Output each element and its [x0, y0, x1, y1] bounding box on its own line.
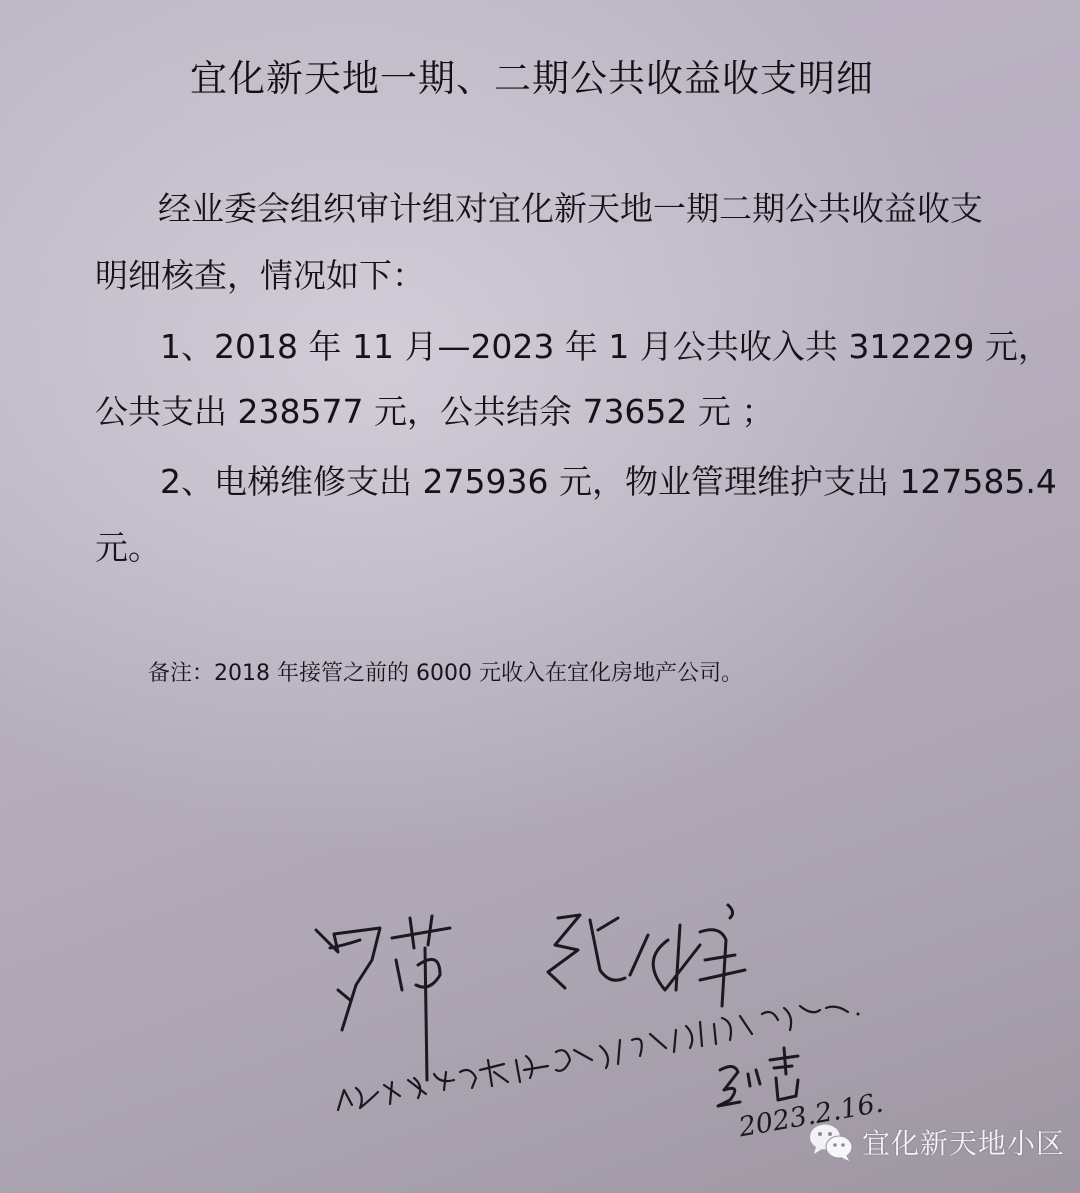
item-2-line-2: 元。	[95, 522, 995, 569]
document-title: 宜化新天地一期、二期公共收益收支明细	[190, 48, 874, 102]
intro-line-1: 经业委会组织审计组对宜化新天地一期二期公共收益收支	[158, 183, 1058, 230]
document-page: 宜化新天地一期、二期公共收益收支明细 经业委会组织审计组对宜化新天地一期二期公共…	[0, 0, 1080, 1193]
remark-signature	[718, 1048, 798, 1106]
intro-line-2: 明细核查，情况如下：	[95, 250, 995, 297]
wechat-icon	[808, 1122, 854, 1162]
document-note: 备注：2018 年接管之前的 6000 元收入在宜化房地产公司。	[148, 656, 743, 687]
item-2-line-1: 2、电梯维修支出 275936 元，物业管理维护支出 127585.4	[160, 456, 1060, 503]
item-1-line-2: 公共支出 238577 元，公共结余 73652 元 ；	[95, 386, 995, 433]
item-1-line-1: 1、2018 年 11 月—2023 年 1 月公共收入共 312229 元，	[160, 321, 1060, 368]
wechat-watermark: 宜化新天地小区	[808, 1122, 1065, 1162]
watermark-account-name: 宜化新天地小区	[862, 1122, 1065, 1162]
